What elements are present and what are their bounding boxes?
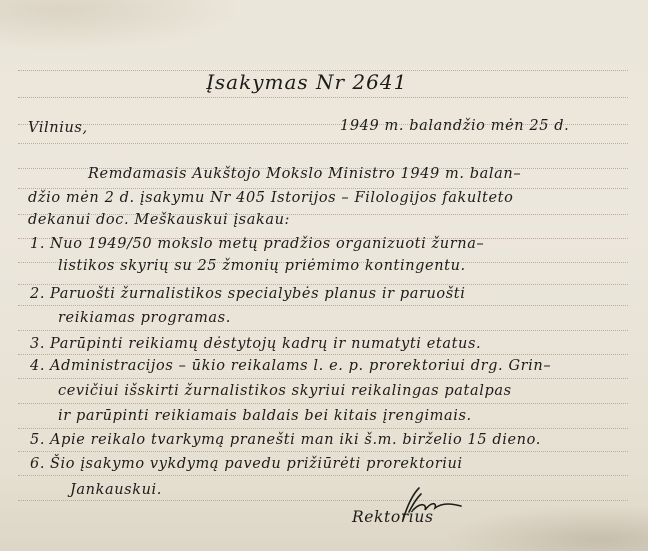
item-line: Šio įsakymo vykdymą pavedu prižiūrėti pr… <box>50 456 463 472</box>
item-line: cevičiui išskirti žurnalistikos skyriui … <box>58 383 512 399</box>
item-line: Apie reikalo tvarkymą pranešti man iki š… <box>50 432 541 448</box>
document-title: Įsakymas Nr 2641 <box>206 70 407 94</box>
ruled-line <box>18 305 628 306</box>
item-line: Administracijos – ūkio reikalams l. e. p… <box>50 358 551 374</box>
ruled-line <box>18 475 628 476</box>
ruled-line <box>18 451 628 452</box>
ruled-line <box>18 284 628 285</box>
item-number: 1. <box>30 236 45 252</box>
preamble-line: Remdamasis Aukštojo Mokslo Ministro 1949… <box>88 166 521 182</box>
ruled-line <box>18 428 628 429</box>
item-line: ir parūpinti reikiamais baldais bei kita… <box>58 408 472 424</box>
document-date: 1949 m. balandžio mėn 25 d. <box>340 118 569 134</box>
preamble-line: džio mėn 2 d. įsakymu Nr 405 Istorijos –… <box>28 190 513 206</box>
ruled-line <box>18 500 628 501</box>
item-line: listikos skyrių su 25 žmonių priėmimo ko… <box>58 258 466 274</box>
item-line: Parūpinti reikiamų dėstytojų kadrų ir nu… <box>50 336 481 352</box>
signature-label: Rektorius <box>352 508 434 526</box>
ruled-line <box>18 403 628 404</box>
item-line: Paruošti žurnalistikos specialybės planu… <box>50 286 465 302</box>
item-line: Jankauskui. <box>70 482 162 498</box>
preamble-line: dekanui doc. Meškauskui įsakau: <box>28 212 290 228</box>
ruled-line <box>18 330 628 331</box>
item-number: 4. <box>30 358 45 374</box>
document-place: Vilnius, <box>28 120 88 136</box>
ruled-line <box>18 97 628 98</box>
item-number: 6. <box>30 456 45 472</box>
ruled-line <box>18 188 628 189</box>
ruled-line <box>18 378 628 379</box>
document-page: Įsakymas Nr 2641 Vilnius, 1949 m. baland… <box>0 0 648 551</box>
item-line: reikiamas programas. <box>58 310 231 326</box>
item-number: 5. <box>30 432 45 448</box>
item-line: Nuo 1949/50 mokslo metų pradžios organiz… <box>50 236 484 252</box>
ruled-line <box>18 354 628 355</box>
ruled-line <box>18 143 628 144</box>
item-number: 3. <box>30 336 45 352</box>
item-number: 2. <box>30 286 45 302</box>
